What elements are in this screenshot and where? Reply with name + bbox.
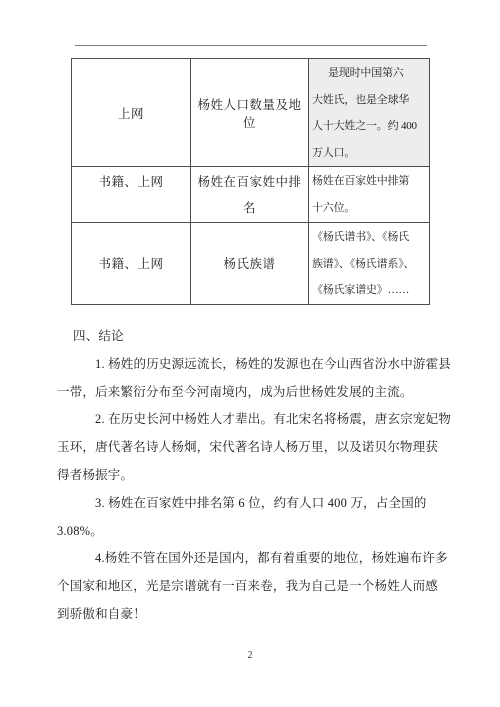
conclusion-paragraph: 4.杨姓不管在国外还是国内，都有着重要的地位，杨姓遍布许多 个国家和地区，光是宗… (57, 545, 457, 628)
research-table: 上网 杨姓人口数量及地位 是现时中国第六 大姓氏，也是全球华 人十大姓之一。约 … (71, 58, 430, 305)
table-row: 书籍、上网 杨姓在百家姓中排名 杨姓在百家姓中排第 十六位。 (72, 167, 430, 223)
conclusion-paragraph: 3. 杨姓在百家姓中排名第 6 位，约有人口 400 万，占全国的 3.08%。 (57, 490, 457, 546)
cell-source: 书籍、上网 (72, 223, 191, 305)
cell-finding: 杨姓在百家姓中排第 十六位。 (309, 167, 430, 223)
conclusion-paragraph: 1. 杨姓的历史源远流长，杨姓的发源也在今山西省汾水中游霍县 一带，后来繁衍分布… (57, 351, 457, 407)
table-row: 上网 杨姓人口数量及地位 是现时中国第六 大姓氏，也是全球华 人十大姓之一。约 … (72, 59, 430, 167)
table-row: 书籍、上网 杨氏族谱 《杨氏谱书》、《杨氏 族谱》、《杨氏谱系》、 《杨氏家谱史… (72, 223, 430, 305)
page-header-rule (75, 45, 427, 46)
conclusion-paragraph: 2. 在历史长河中杨姓人才辈出。有北宋名将杨震，唐玄宗宠妃物 玉环，唐代著名诗人… (57, 406, 457, 489)
conclusion-heading: 四、结论 (57, 323, 457, 351)
cell-finding: 是现时中国第六 大姓氏，也是全球华 人十大姓之一。约 400 万人口。 (309, 59, 430, 167)
conclusion-section: 四、结论 1. 杨姓的历史源远流长，杨姓的发源也在今山西省汾水中游霍县 一带，后… (57, 323, 457, 629)
cell-topic: 杨姓人口数量及地位 (191, 59, 309, 167)
page-number: 2 (0, 650, 500, 661)
cell-source: 书籍、上网 (72, 167, 191, 223)
cell-topic: 杨姓在百家姓中排名 (191, 167, 309, 223)
cell-topic: 杨氏族谱 (191, 223, 309, 305)
cell-source: 上网 (72, 59, 191, 167)
document-page: 上网 杨姓人口数量及地位 是现时中国第六 大姓氏，也是全球华 人十大姓之一。约 … (0, 0, 500, 707)
cell-finding: 《杨氏谱书》、《杨氏 族谱》、《杨氏谱系》、 《杨氏家谱史》…… (309, 223, 430, 305)
